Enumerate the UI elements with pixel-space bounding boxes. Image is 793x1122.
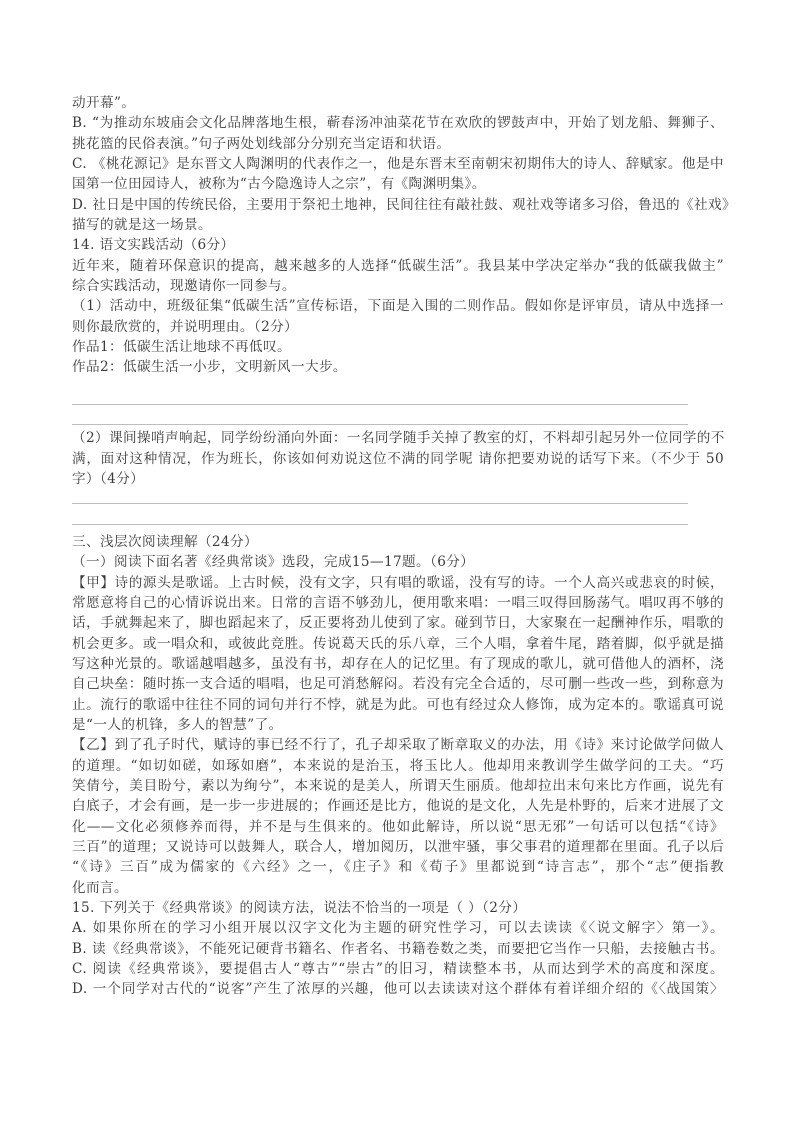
passage-line: 的道理。“如切如磋，如琢如磨”，本来说的是治玉，将玉比人。他却用来教训学生做学问… [72,756,724,776]
text-line: 挑花篮的民俗表演。”句子两处划线部分分别充当定语和状语。 [72,134,724,154]
option-c-line: C. 《桃花源记》是东晋文人陶渊明的代表作之一，他是东晋末至南朝宋初期伟大的诗人… [72,154,724,174]
question-14-title: 14. 语文实践活动（6分） [72,235,724,255]
text-line: 描写的就是这一场景。 [72,215,724,235]
answer-line[interactable] [72,503,688,504]
question-14-part2: （2）课间操哨声响起，同学纷纷涌向外面：一名同学随手关掉了教室的灯，不料却引起另… [72,428,724,448]
text-line: 综合实践活动，现邀请你一同参与。 [72,276,724,296]
passage-line: 常愿意将自己的心情诉说出来。日常的言语不够劲儿，便用歌来唱：一唱三叹得回肠荡气。… [72,593,724,613]
option-d-line: D. 社日是中国的传统民俗，主要用于祭祀土地神，民间往往有敲社鼓、观社戏等诸多习… [72,195,724,215]
q15-option-a: A. 如果你所在的学习小组开展以汉字文化为主题的研究性学习，可以去读读《〈说文解… [72,918,724,938]
passage-line: 化——文化必须修养而得，并不是与生俱来的。他如此解诗，所以说“思无邪”一句话可以… [72,817,724,837]
text-line: 近年来，随着环保意识的提高，越来越多的人选择“低碳生活”。我县某中学决定举办“我… [72,256,724,276]
passage-line: 笑倩兮，美目盼兮，素以为绚兮”，本来说的是美人，所谓天生丽质。他却拉出末句来比方… [72,776,724,796]
passage-line: 白底子，才会有画，是一步一步进展的；作画还是比方，他说的是文化，人先是朴野的，后… [72,796,724,816]
passage-line: “《诗》三百”成为儒家的《六经》之一，《庄子》和《荀子》里都说到“诗言志”，那个… [72,857,724,877]
answer-line[interactable] [72,424,688,425]
passage-yi-line: 【乙】到了孔子时代，赋诗的事已经不行了，孔子却采取了断章取义的办法，用《诗》来讨… [72,735,724,755]
answer-line[interactable] [72,404,688,405]
q15-option-c: C. 阅读《经典常谈》，要提倡古人“尊古”“崇古”的旧习，精读整本书，从而达到学… [72,959,724,979]
text-line: 字）（4分） [72,469,724,489]
passage-line: 是“一人的机锋，多人的智慧”了。 [72,715,724,735]
passage-line: 自己块垒：随时拣一支合适的唱唱，也足可消愁解闷。若没有完全合适的，尽可删一些改一… [72,674,724,694]
question-14-part1: （1）活动中，班级征集“低碳生活”宣传标语，下面是入围的二则作品。假如你是评审员… [72,296,724,316]
passage-line: 止。流行的歌谣中往往不同的词句并行不悖，就是为此。可也有经过众人修饰，成为定本的… [72,695,724,715]
work-2-line: 作品2：低碳生活一小步，文明新风一大步。 [72,357,724,377]
q15-option-d: D. 一个同学对古代的“说客”产生了浓厚的兴趣，他可以去读读对这个群体有着详细介… [72,979,724,999]
text-line: 动开幕”。 [72,93,724,113]
exam-page: 动开幕”。 B. “为推动东坡庙会文化品牌落地生根，蕲春汤冲油菜花节在欢欣的锣鼓… [0,0,793,1122]
text-line: 满，面对这种情况，作为班长，你该如何劝说这位不满的同学呢 请你把要劝说的话写下来… [72,449,724,469]
passage-jia-line: 【甲】诗的源头是歌谣。上古时候，没有文字，只有唱的歌谣，没有写的诗。一个人高兴或… [72,573,724,593]
section-3-title: 三、浅层次阅读理解（24分） [72,532,724,552]
question-15-title: 15. 下列关于《经典常谈》的阅读方法，说法不恰当的一项是（ ）（2分） [72,898,724,918]
passage-line: 写这种光景的。歌谣越唱越多，虽没有书，却存在人的记忆里。有了现成的歌儿，就可借他… [72,654,724,674]
passage-line: 话，手就舞起来了，脚也蹈起来了，反正要将劲儿使到了家。碰到节日，大家聚在一起酬神… [72,613,724,633]
reading-1-intro: （一）阅读下面名著《经典常谈》选段，完成15—17题。（6分） [72,552,724,572]
passage-line: 三百”的道理；又说诗可以鼓舞人，联合人，增加阅历，以泄牢骚，事父事君的道理都在里… [72,837,724,857]
q15-option-b: B. 读《经典常谈》，不能死记硬背书籍名、作者名、书籍卷数之类，而要把它当作一只… [72,939,724,959]
passage-line: 化而言。 [72,878,724,898]
answer-line[interactable] [72,524,688,525]
text-line: 国第一位田园诗人，被称为“古今隐逸诗人之宗”，有《陶渊明集》。 [72,174,724,194]
passage-line: 机会更多。或一唱众和，或彼此竞胜。传说葛天氏的乐八章，三个人唱，拿着牛尾，踏着脚… [72,634,724,654]
option-b-line: B. “为推动东坡庙会文化品牌落地生根，蕲春汤冲油菜花节在欢欣的锣鼓声中，开始了… [72,113,724,133]
work-1-line: 作品1：低碳生活让地球不再低叹。 [72,337,724,357]
text-line: 则你最欣赏的，并说明理由。（2分） [72,317,724,337]
